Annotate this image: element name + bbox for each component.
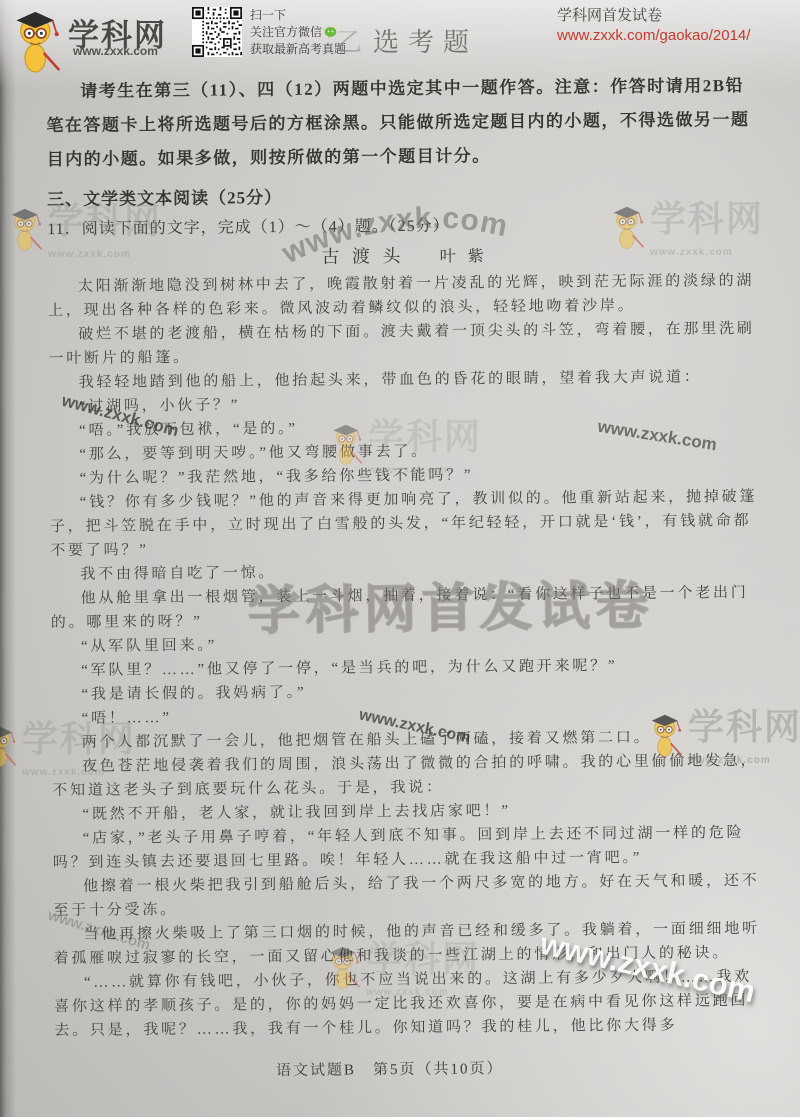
- scanned-exam-page: 学科网 www.zxxk.com 扫一下 关注官方微信 获取最新高考真题 乙选考…: [0, 0, 800, 1117]
- publish-line1: 学科网首发试卷: [557, 6, 750, 26]
- page-footer: 语文试题B 第5页（共10页）: [33, 1055, 747, 1082]
- section-title: 选考题: [373, 28, 478, 57]
- story-paragraph: 当他再擦火柴吸上了第三口烟的时候，他的声音已经和缓多了。我躺着，一面细细地听着孤…: [53, 917, 767, 971]
- reading-author: 叶 紫: [440, 248, 488, 265]
- exam-instructions: 请考生在第三（11）、四（12）两题中选定其中一题作答。注意：作答时请用2B铅笔…: [46, 69, 761, 177]
- story-paragraph: 他从舱里拿出一根烟管，装上一斗烟，抽着，接着说：“看你这样子也不是一个老出门的。…: [50, 581, 764, 635]
- zxxk-mascot-icon: [10, 5, 64, 77]
- brand-url: www.zxxk.com: [73, 44, 158, 58]
- qr-caption-line3: 获取最新高考真题: [250, 41, 346, 58]
- section-prefix: 乙: [336, 28, 371, 57]
- story-text: 太阳渐渐地隐没到树林中去了，晚霞散射着一片凌乱的光辉，映到茫无际涯的淡绿的湖上，…: [48, 269, 769, 1043]
- story-paragraph: “店家，”老头子用鼻子哼着，“年轻人到底不知事。回到岸上去还不同过湖一样的危险吗…: [53, 821, 767, 875]
- part-heading: 三、文学类文本阅读（25分）: [47, 179, 761, 210]
- question-lead: 11．阅读下面的文字，完成（1）～（4）题。（25分）: [47, 210, 761, 239]
- story-paragraph: 他擦着一根火柴把我引到船舱后头，给了我一个两尺多宽的地方。好在天气和暖，还不至于…: [53, 869, 767, 923]
- story-paragraph: 夜色苍茫地侵袭着我们的周围，浪头荡出了微微的合拍的呼啸。我的心里偷偷地发急，不知…: [52, 749, 766, 803]
- reading-title-line: 古 渡 头叶 紫: [47, 239, 761, 271]
- story-paragraph: 太阳渐渐地隐没到树林中去了，晚霞散射着一片凌乱的光辉，映到茫无际涯的淡绿的湖上，…: [48, 269, 762, 323]
- exam-article: 请考生在第三（11）、四（12）两题中选定其中一题作答。注意：作答时请用2B铅笔…: [0, 69, 800, 1083]
- publish-url: www.zxxk.com/gaokao/2014/: [557, 26, 750, 46]
- qr-caption-line2: 关注官方微信: [250, 24, 322, 41]
- qr-captions: 扫一下 关注官方微信 获取最新高考真题: [250, 7, 346, 58]
- reading-title: 古 渡 头: [321, 246, 404, 267]
- section-heading: 乙选考题: [336, 22, 478, 59]
- qr-code-icon: [192, 7, 242, 57]
- qr-caption-line1: 扫一下: [250, 7, 286, 24]
- story-paragraph: “……就算你有钱吧，小伙子，你也不应当说出来的。这湖上有多少歹人啊！……我欢喜你…: [54, 965, 769, 1043]
- publish-info: 学科网首发试卷 www.zxxk.com/gaokao/2014/: [557, 6, 750, 46]
- story-paragraph: “钱？你有多少钱呢？”他的声音来得更加响亮了，教训似的。他重新站起来，抛掉破篷子…: [50, 485, 765, 563]
- story-paragraph: 破烂不堪的老渡船，横在枯杨的下面。渡夫戴着一顶尖头的斗笠，弯着腰，在那里洗刷一叶…: [48, 317, 762, 371]
